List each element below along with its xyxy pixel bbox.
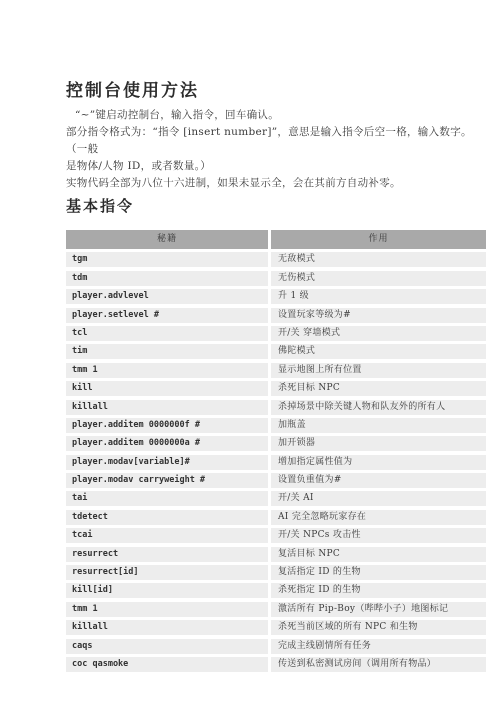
effect-cell: 设置负重值为# xyxy=(271,473,486,488)
intro-line: 实物代码全部为八位十六进制，如果未显示全，会在其前方自动补零。 xyxy=(66,175,486,192)
table-row: player.setlevel #设置玩家等级为# xyxy=(66,308,486,323)
command-cell: tim xyxy=(66,344,268,359)
column-header-cheat: 秘籍 xyxy=(66,230,268,249)
command-cell: resurrect[id] xyxy=(66,565,268,580)
command-cell: tmm 1 xyxy=(66,363,268,378)
effect-cell: 显示地图上所有位置 xyxy=(271,363,486,378)
effect-cell: 无敌模式 xyxy=(271,252,486,267)
effect-cell: 无伤模式 xyxy=(271,271,486,286)
table-row: resurrect[id]复活指定 ID 的生物 xyxy=(66,565,486,580)
table-row: coc qasmoke传送到私密测试房间（调用所有物品） xyxy=(66,657,486,672)
table-row: tcai开/关 NPCs 攻击性 xyxy=(66,528,486,543)
effect-cell: 开/关 AI xyxy=(271,491,486,506)
effect-cell: 加开锁器 xyxy=(271,436,486,451)
table-row: player.modav carryweight #设置负重值为# xyxy=(66,473,486,488)
effect-cell: 杀掉场景中除关键人物和队友外的所有人 xyxy=(271,400,486,415)
effect-cell: 完成主线剧情所有任务 xyxy=(271,639,486,654)
table-row: player.additem 0000000a #加开锁器 xyxy=(66,436,486,451)
command-cell: coc qasmoke xyxy=(66,657,268,672)
table-row: tmm 1显示地图上所有位置 xyxy=(66,363,486,378)
document-page: 控制台使用方法 “~”键启动控制台，输入指令，回车确认。部分指令格式为：“指令 … xyxy=(0,0,500,708)
intro-line: 是物体/人物 ID，或者数量。） xyxy=(66,158,486,175)
effect-cell: 传送到私密测试房间（调用所有物品） xyxy=(271,657,486,672)
effect-cell: 设置玩家等级为# xyxy=(271,308,486,323)
command-cell: resurrect xyxy=(66,547,268,562)
effect-cell: 佛陀模式 xyxy=(271,344,486,359)
table-header-row: 秘籍 作用 xyxy=(66,230,486,249)
command-cell: player.additem 0000000f # xyxy=(66,418,268,433)
effect-cell: 复活指定 ID 的生物 xyxy=(271,565,486,580)
table-row: killall杀掉场景中除关键人物和队友外的所有人 xyxy=(66,400,486,415)
table-row: kill杀死目标 NPC xyxy=(66,381,486,396)
effect-cell: 增加指定属性值为 xyxy=(271,455,486,470)
command-cell: tgm xyxy=(66,252,268,267)
table-row: kill[id]杀死指定 ID 的生物 xyxy=(66,583,486,598)
command-cell: tcl xyxy=(66,326,268,341)
section-title: 基本指令 xyxy=(66,196,486,216)
effect-cell: 升 1 级 xyxy=(271,289,486,304)
intro-line: 部分指令格式为：“指令 [insert number]”，意思是输入指令后空一格… xyxy=(66,124,486,158)
command-cell: killall xyxy=(66,400,268,415)
table-row: tgm无敌模式 xyxy=(66,252,486,267)
table-row: tcl开/关 穿墙模式 xyxy=(66,326,486,341)
command-cell: tdm xyxy=(66,271,268,286)
table-body: tgm无敌模式tdm无伤模式player.advlevel升 1 级player… xyxy=(66,252,486,672)
table-row: tim佛陀模式 xyxy=(66,344,486,359)
commands-table: 秘籍 作用 tgm无敌模式tdm无伤模式player.advlevel升 1 级… xyxy=(66,230,486,672)
command-cell: player.setlevel # xyxy=(66,308,268,323)
table-row: player.modav[variable]#增加指定属性值为 xyxy=(66,455,486,470)
effect-cell: 加瓶盖 xyxy=(271,418,486,433)
table-row: player.advlevel升 1 级 xyxy=(66,289,486,304)
effect-cell: 开/关 NPCs 攻击性 xyxy=(271,528,486,543)
command-cell: killall xyxy=(66,620,268,635)
command-cell: kill xyxy=(66,381,268,396)
effect-cell: 杀死目标 NPC xyxy=(271,381,486,396)
command-cell: tcai xyxy=(66,528,268,543)
effect-cell: 激活所有 Pip-Boy（哔哔小子）地图标记 xyxy=(271,602,486,617)
table-row: tai开/关 AI xyxy=(66,491,486,506)
page-title: 控制台使用方法 xyxy=(66,76,486,101)
intro-line: “~”键启动控制台，输入指令，回车确认。 xyxy=(66,107,486,124)
command-cell: tai xyxy=(66,491,268,506)
table-row: killall杀死当前区域的所有 NPC 和生物 xyxy=(66,620,486,635)
table-row: tdm无伤模式 xyxy=(66,271,486,286)
command-cell: caqs xyxy=(66,639,268,654)
effect-cell: 开/关 穿墙模式 xyxy=(271,326,486,341)
intro-paragraph: “~”键启动控制台，输入指令，回车确认。部分指令格式为：“指令 [insert … xyxy=(66,107,486,192)
command-cell: player.additem 0000000a # xyxy=(66,436,268,451)
effect-cell: AI 完全忽略玩家存在 xyxy=(271,510,486,525)
table-row: player.additem 0000000f #加瓶盖 xyxy=(66,418,486,433)
command-cell: player.modav[variable]# xyxy=(66,455,268,470)
command-cell: tmm 1 xyxy=(66,602,268,617)
effect-cell: 杀死指定 ID 的生物 xyxy=(271,583,486,598)
table-row: caqs完成主线剧情所有任务 xyxy=(66,639,486,654)
command-cell: kill[id] xyxy=(66,583,268,598)
table-row: tmm 1激活所有 Pip-Boy（哔哔小子）地图标记 xyxy=(66,602,486,617)
command-cell: player.modav carryweight # xyxy=(66,473,268,488)
effect-cell: 杀死当前区域的所有 NPC 和生物 xyxy=(271,620,486,635)
effect-cell: 复活目标 NPC xyxy=(271,547,486,562)
command-cell: tdetect xyxy=(66,510,268,525)
table-row: resurrect复活目标 NPC xyxy=(66,547,486,562)
column-header-effect: 作用 xyxy=(271,230,486,249)
table-row: tdetectAI 完全忽略玩家存在 xyxy=(66,510,486,525)
command-cell: player.advlevel xyxy=(66,289,268,304)
